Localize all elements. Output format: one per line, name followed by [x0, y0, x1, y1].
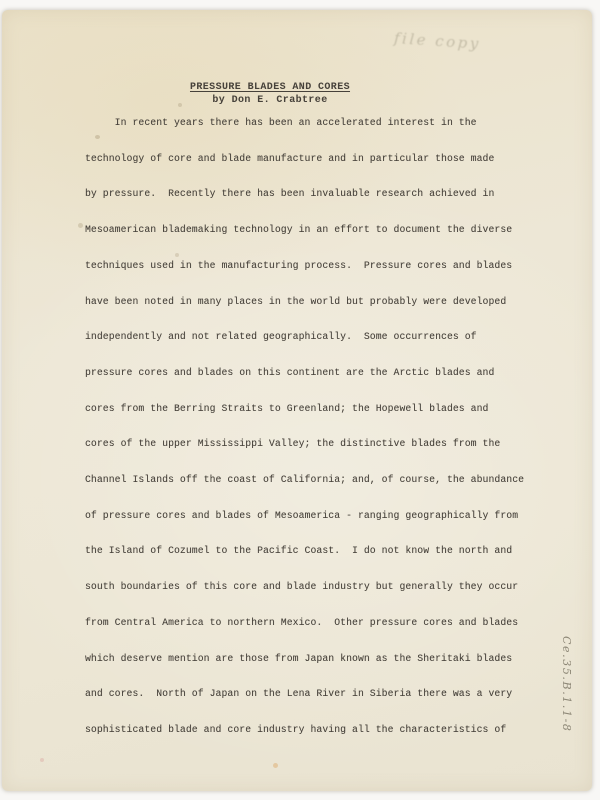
- title-block: PRESSURE BLADES AND CORES by Don E. Crab…: [2, 76, 538, 108]
- page-title: PRESSURE BLADES AND CORES: [190, 81, 350, 94]
- pencil-note: file copy: [393, 29, 481, 53]
- body-text: In recent years there has been an accele…: [85, 105, 555, 748]
- paper-stain: [178, 103, 182, 107]
- catalog-number: Ce.35.B.1.1-8: [560, 636, 573, 776]
- paper-stain: [175, 253, 179, 257]
- paper-stain: [95, 135, 100, 139]
- paper-stain: [273, 763, 278, 768]
- scanned-document-screenshot: { "document": { "title": "PRESSURE BLADE…: [0, 0, 600, 800]
- paper-stain: [40, 758, 44, 762]
- paper-stain: [78, 223, 83, 228]
- manuscript-page: file copy PRESSURE BLADES AND CORES by D…: [2, 10, 592, 791]
